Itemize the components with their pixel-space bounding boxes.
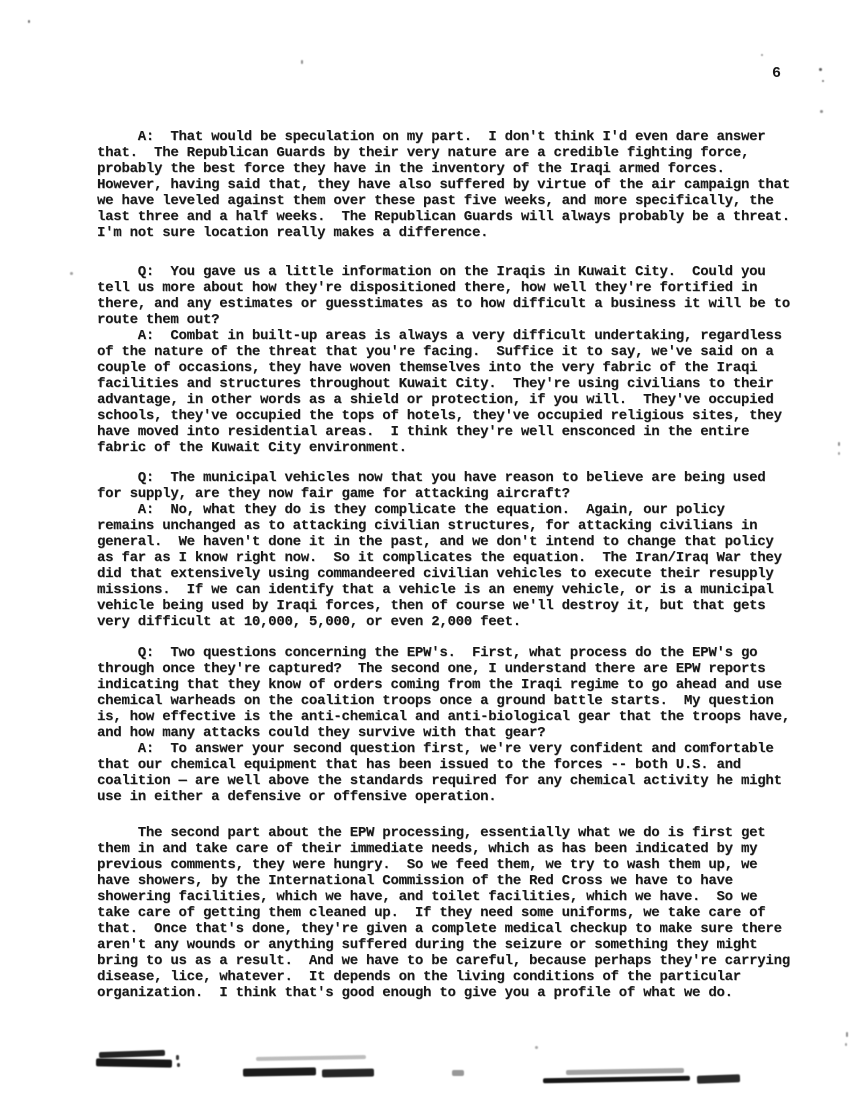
scanned-document-page: 6 A: That would be speculation on my par…: [0, 0, 852, 1100]
scan-speck: [535, 1046, 538, 1049]
qa-paragraph-kuwait-city: Q: You gave us a little information on t…: [97, 264, 827, 456]
paragraph-epw-processing: The second part about the EPW processing…: [97, 825, 827, 1001]
transcript-body: A: That would be speculation on my part.…: [97, 129, 827, 1001]
scan-speck: [838, 452, 840, 455]
page-number: 6: [772, 65, 781, 82]
scan-smudge: [322, 1069, 374, 1078]
scan-ink-dot: [176, 1055, 179, 1060]
scan-speck: [846, 1032, 848, 1037]
scan-faint-print: [452, 1070, 464, 1076]
scan-faint-print: [256, 1055, 366, 1061]
qa-paragraph-answer-republican-guards: A: That would be speculation on my part.…: [97, 129, 827, 241]
scan-speck: [819, 68, 822, 71]
qa-paragraph-municipal-vehicles: Q: The municipal vehicles now that you h…: [97, 470, 827, 630]
scan-speck: [845, 1043, 847, 1046]
scan-smudge: [697, 1074, 740, 1083]
scan-smudge: [543, 1076, 690, 1084]
scan-speck: [301, 60, 303, 64]
scan-speck: [28, 20, 30, 23]
qa-paragraph-epw-chemical: Q: Two questions concerning the EPW's. F…: [97, 645, 827, 805]
scan-speck: [820, 110, 823, 113]
scan-speck: [838, 442, 840, 446]
scan-smudge: [243, 1067, 316, 1076]
scan-smudge: [96, 1058, 172, 1067]
scan-speck: [822, 80, 824, 82]
scan-faint-print: [566, 1068, 684, 1075]
scan-ink-dot: [177, 1063, 180, 1067]
scan-speck: [761, 54, 763, 56]
scan-speck: [70, 272, 73, 275]
scan-smudge: [99, 1050, 165, 1058]
